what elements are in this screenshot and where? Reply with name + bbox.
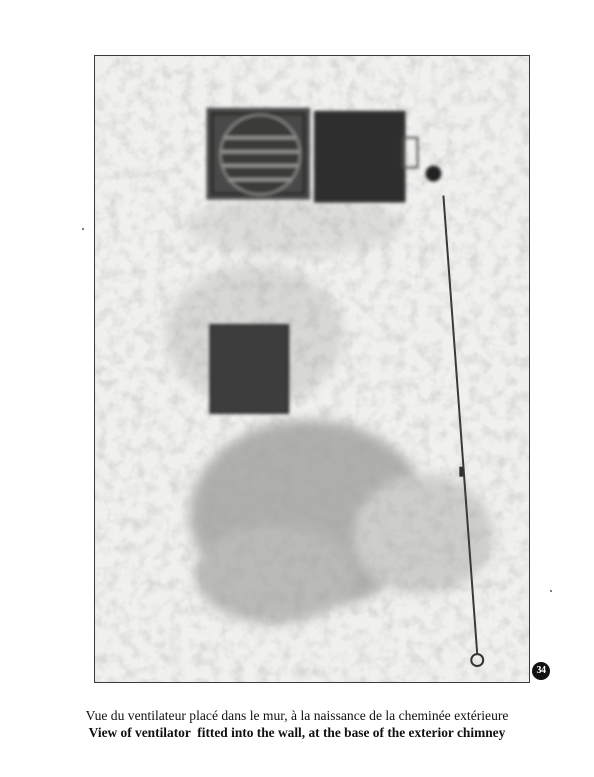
ventilator-photograph <box>94 55 530 683</box>
speck <box>82 228 84 230</box>
photo-illustration <box>95 56 529 682</box>
plate-number-badge: 34 <box>532 662 550 680</box>
caption-english: View of ventilator fitted into the wall,… <box>0 725 594 741</box>
caption-french: Vue du ventilateur placé dans le mur, à … <box>0 708 594 724</box>
speck <box>550 590 552 592</box>
